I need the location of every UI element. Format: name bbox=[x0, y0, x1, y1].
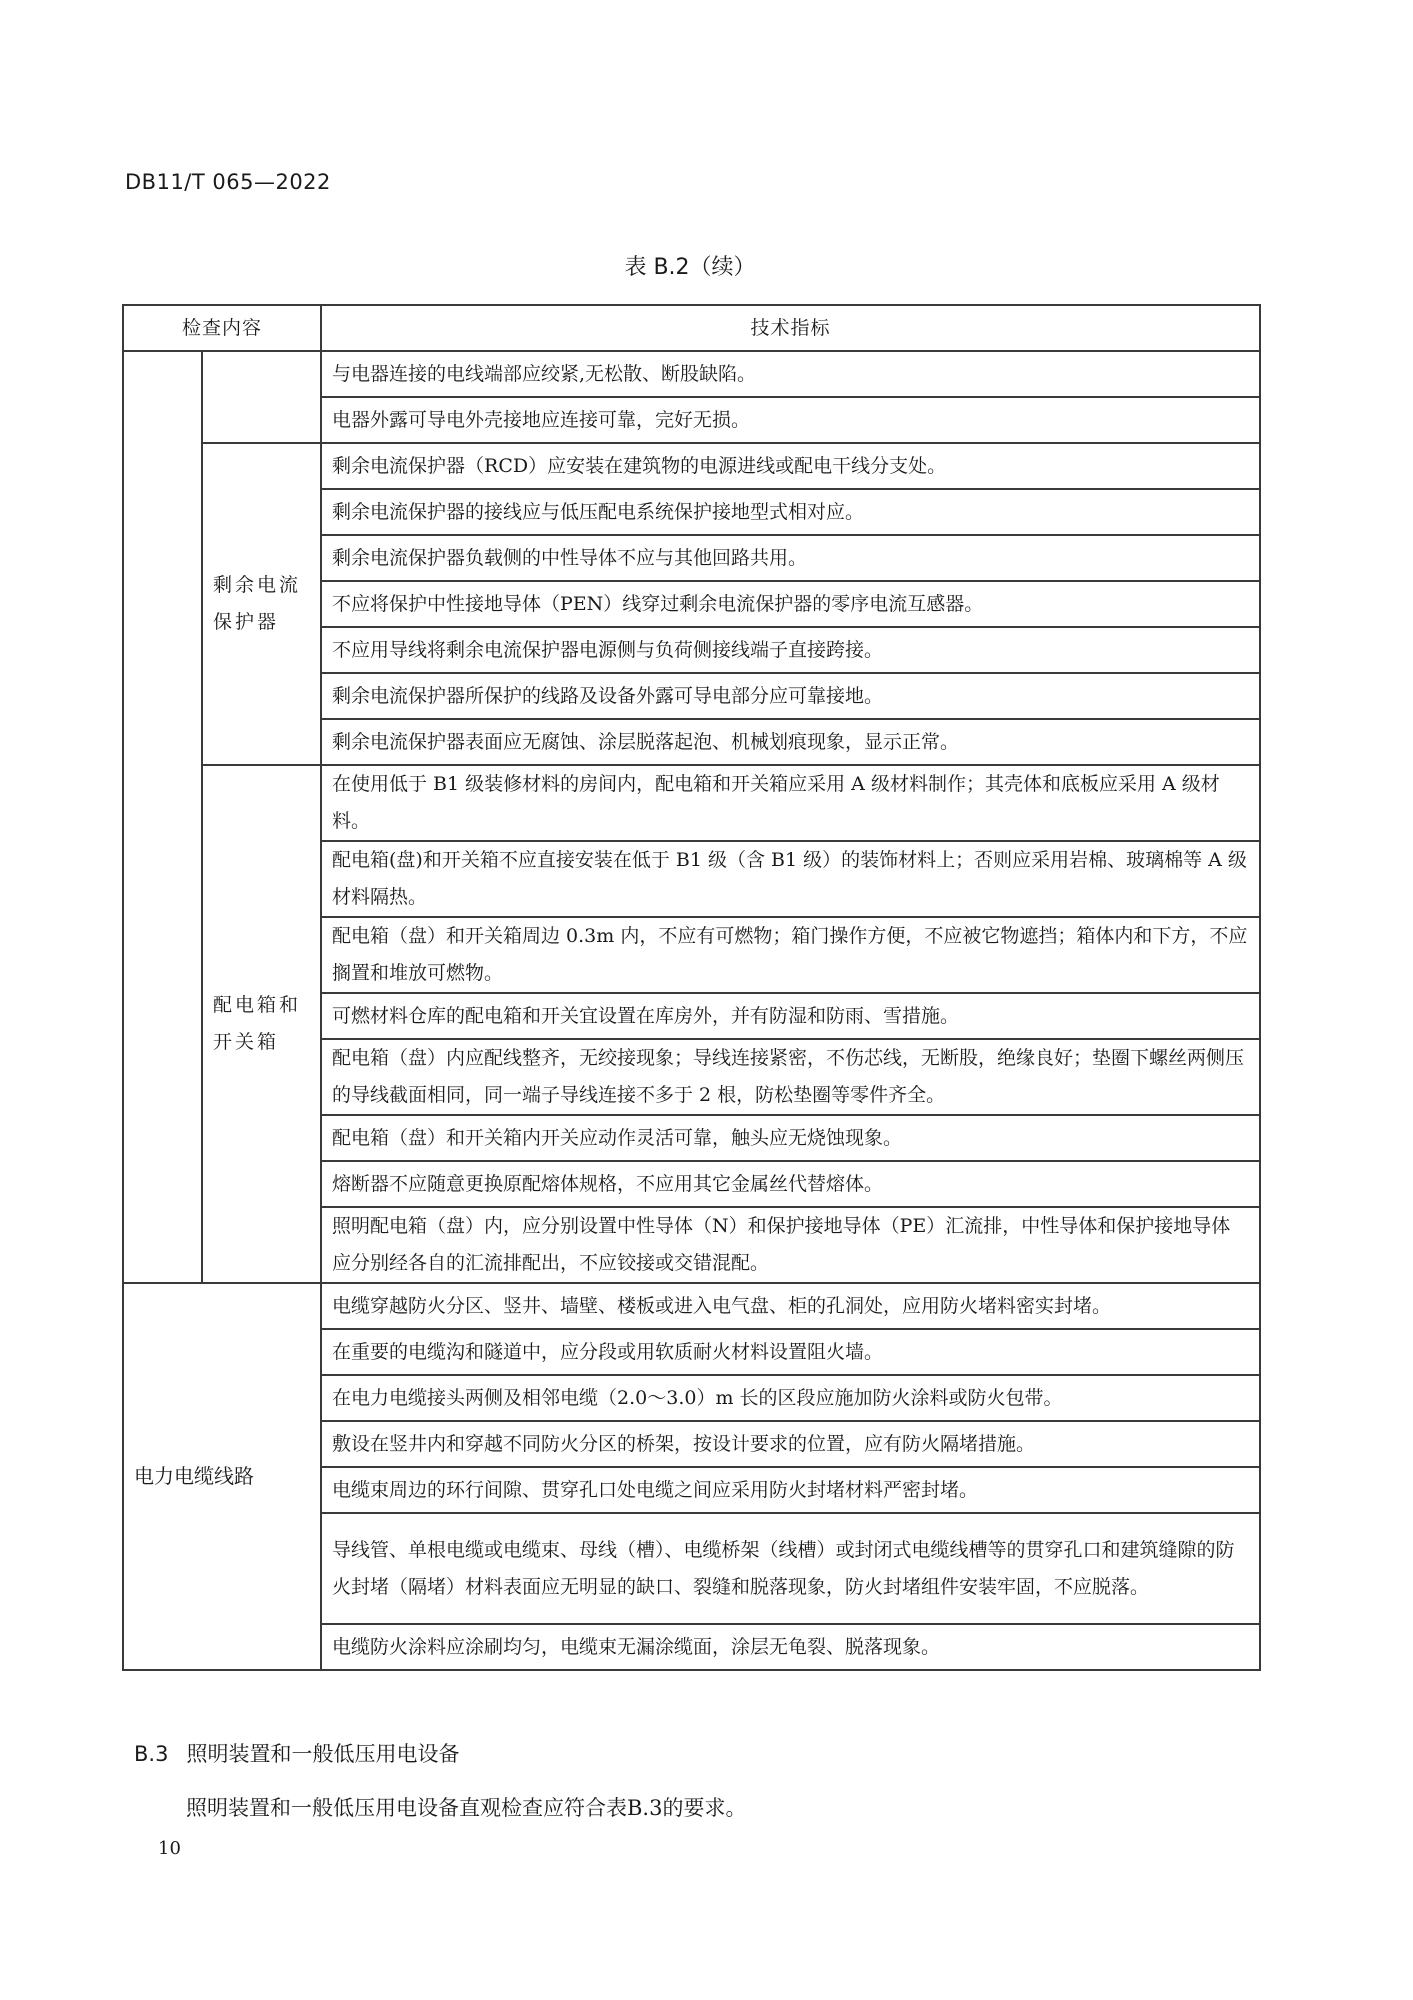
column-header-technical-index: 技术指标 bbox=[321, 305, 1260, 351]
requirement-cell: 配电箱（盘）内应配线整齐，无绞接现象；导线连接紧密，不伤芯线，无断股，绝缘良好；… bbox=[321, 1039, 1260, 1115]
subgroup-cell-rcd: 剩余电流保护器 bbox=[202, 443, 321, 765]
requirement-cell: 在电力电缆接头两侧及相邻电缆（2.0～3.0）m 长的区段应施加防火涂料或防火包… bbox=[321, 1375, 1260, 1421]
requirement-cell: 与电器连接的电线端部应绞紧,无松散、断股缺陷。 bbox=[321, 351, 1260, 397]
requirement-cell: 配电箱（盘）和开关箱内开关应动作灵活可靠，触头应无烧蚀现象。 bbox=[321, 1115, 1260, 1161]
requirement-cell: 可燃材料仓库的配电箱和开关宜设置在库房外，并有防湿和防雨、雪措施。 bbox=[321, 993, 1260, 1039]
requirement-cell: 电器外露可导电外壳接地应连接可靠，完好无损。 bbox=[321, 397, 1260, 443]
requirement-cell: 熔断器不应随意更换原配熔体规格，不应用其它金属丝代替熔体。 bbox=[321, 1161, 1260, 1207]
column-header-inspection-content: 检查内容 bbox=[123, 305, 321, 351]
requirement-cell: 电缆防火涂料应涂刷均匀，电缆束无漏涂缆面，涂层无龟裂、脱落现象。 bbox=[321, 1624, 1260, 1670]
table-row: 剩余电流保护器 剩余电流保护器（RCD）应安装在建筑物的电源进线或配电干线分支处… bbox=[123, 443, 1260, 489]
requirement-cell: 配电箱(盘)和开关箱不应直接安装在低于 B1 级（含 B1 级）的装饰材料上；否… bbox=[321, 841, 1260, 917]
table-row: 与电器连接的电线端部应绞紧,无松散、断股缺陷。 bbox=[123, 351, 1260, 397]
requirement-cell: 配电箱（盘）和开关箱周边 0.3m 内，不应有可燃物；箱门操作方便，不应被它物遮… bbox=[321, 917, 1260, 993]
requirement-cell: 电缆束周边的环行间隙、贯穿孔口处电缆之间应采用防火封堵材料严密封堵。 bbox=[321, 1467, 1260, 1513]
requirement-cell: 在使用低于 B1 级装修材料的房间内，配电箱和开关箱应采用 A 级材料制作；其壳… bbox=[321, 765, 1260, 841]
table-row: 电力电缆线路 电缆穿越防火分区、竖井、墙壁、楼板或进入电气盘、柜的孔洞处，应用防… bbox=[123, 1283, 1260, 1329]
requirement-cell: 不应将保护中性接地导体（PEN）线穿过剩余电流保护器的零序电流互感器。 bbox=[321, 581, 1260, 627]
requirement-cell: 剩余电流保护器（RCD）应安装在建筑物的电源进线或配电干线分支处。 bbox=[321, 443, 1260, 489]
subgroup-cell bbox=[202, 351, 321, 443]
page-number: 10 bbox=[158, 1838, 181, 1859]
requirement-cell: 在重要的电缆沟和隧道中，应分段或用软质耐火材料设置阻火墙。 bbox=[321, 1329, 1260, 1375]
requirement-cell: 剩余电流保护器的接线应与低压配电系统保护接地型式相对应。 bbox=[321, 489, 1260, 535]
requirement-cell: 剩余电流保护器表面应无腐蚀、涂层脱落起泡、机械划痕现象，显示正常。 bbox=[321, 719, 1260, 765]
section-heading: B.3照明装置和一般低压用电设备 bbox=[134, 1738, 459, 1768]
requirement-cell: 剩余电流保护器所保护的线路及设备外露可导电部分应可靠接地。 bbox=[321, 673, 1260, 719]
group-cell bbox=[123, 351, 202, 1283]
inspection-table: 检查内容 技术指标 与电器连接的电线端部应绞紧,无松散、断股缺陷。 电器外露可导… bbox=[122, 304, 1261, 1671]
table-header-row: 检查内容 技术指标 bbox=[123, 305, 1260, 351]
section-body-text: 照明装置和一般低压用电设备直观检查应符合表B.3的要求。 bbox=[186, 1792, 746, 1822]
table-row: 配电箱和开关箱 在使用低于 B1 级装修材料的房间内，配电箱和开关箱应采用 A … bbox=[123, 765, 1260, 841]
section-number: B.3 bbox=[134, 1742, 168, 1766]
requirement-cell: 剩余电流保护器负载侧的中性导体不应与其他回路共用。 bbox=[321, 535, 1260, 581]
requirement-cell: 照明配电箱（盘）内，应分别设置中性导体（N）和保护接地导体（PE）汇流排，中性导… bbox=[321, 1207, 1260, 1283]
table-title: 表 B.2（续） bbox=[122, 250, 1258, 281]
requirement-cell: 敷设在竖井内和穿越不同防火分区的桥架，按设计要求的位置，应有防火隔堵措施。 bbox=[321, 1421, 1260, 1467]
requirement-cell: 电缆穿越防火分区、竖井、墙壁、楼板或进入电气盘、柜的孔洞处，应用防火堵料密实封堵… bbox=[321, 1283, 1260, 1329]
section-title: 照明装置和一般低压用电设备 bbox=[186, 1742, 459, 1766]
requirement-cell: 导线管、单根电缆或电缆束、母线（槽）、电缆桥架（线槽）或封闭式电缆线槽等的贯穿孔… bbox=[321, 1513, 1260, 1624]
requirement-cell: 不应用导线将剩余电流保护器电源侧与负荷侧接线端子直接跨接。 bbox=[321, 627, 1260, 673]
group-cell-power-cable: 电力电缆线路 bbox=[123, 1283, 321, 1670]
document-code: DB11/T 065—2022 bbox=[125, 170, 331, 194]
subgroup-cell-distribution-box: 配电箱和开关箱 bbox=[202, 765, 321, 1283]
